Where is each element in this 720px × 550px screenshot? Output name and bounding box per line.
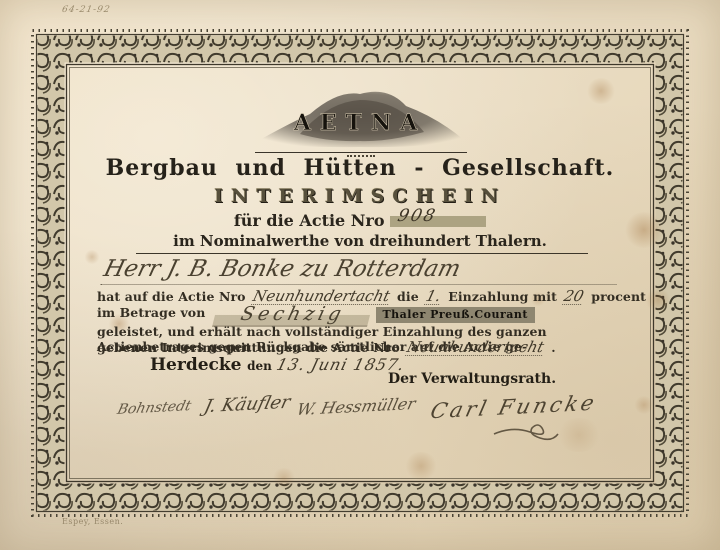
company-name: Bergbau und Hütten - Gesellschaft. [75,155,645,181]
date-preposition: den [247,359,272,373]
payment-text: die [397,289,419,304]
certificate-paper: 64-21-92 AETNA Bergbau und Hütten - Gese… [0,0,720,550]
horizontal-rule [136,253,588,254]
header-divider [255,152,467,153]
pencil-note: 64-21-92 [61,5,111,15]
share-number-words-handwritten: Neunhundertacht [405,340,546,356]
nominal-value-line: im Nominalwerthe von dreihundert Thalern… [75,232,645,250]
share-number-handwritten: 908 [396,206,439,226]
share-number-line: für die Actie Nro 908 [75,211,645,230]
aetna-mountain-vignette: AETNA [248,84,472,150]
clause-text: . [551,340,555,355]
payment-text: Einzahlung mit [448,289,557,304]
payment-text: hat auf die Actie Nro [97,289,246,304]
printer-imprint: Espey, Essen. [62,517,123,526]
share-number-field: 908 [390,216,486,227]
currency-label: Thaler Preuß.Courant [376,307,535,323]
holder-name-handwritten: Herr J. B. Bonke zu Rotterdam [100,256,623,285]
administrative-council-label: Der Verwaltungsrath. [388,371,556,387]
share-number-prefix: für die Actie Nro [234,211,385,230]
place-name: Herdecke [150,355,241,375]
signature-flourish-icon [492,420,562,446]
redemption-clause-line2: gebenen Interimsquittungen die Actie Nro… [97,340,649,356]
clause-text: gebenen Interimsquittungen die Actie Nro [97,340,400,355]
percent-handwritten: 20 [562,289,585,305]
document-type-title: INTERIMSCHEIN [75,185,645,207]
vignette-title: AETNA [293,110,426,136]
mountain-vignette-icon: AETNA [248,84,472,150]
